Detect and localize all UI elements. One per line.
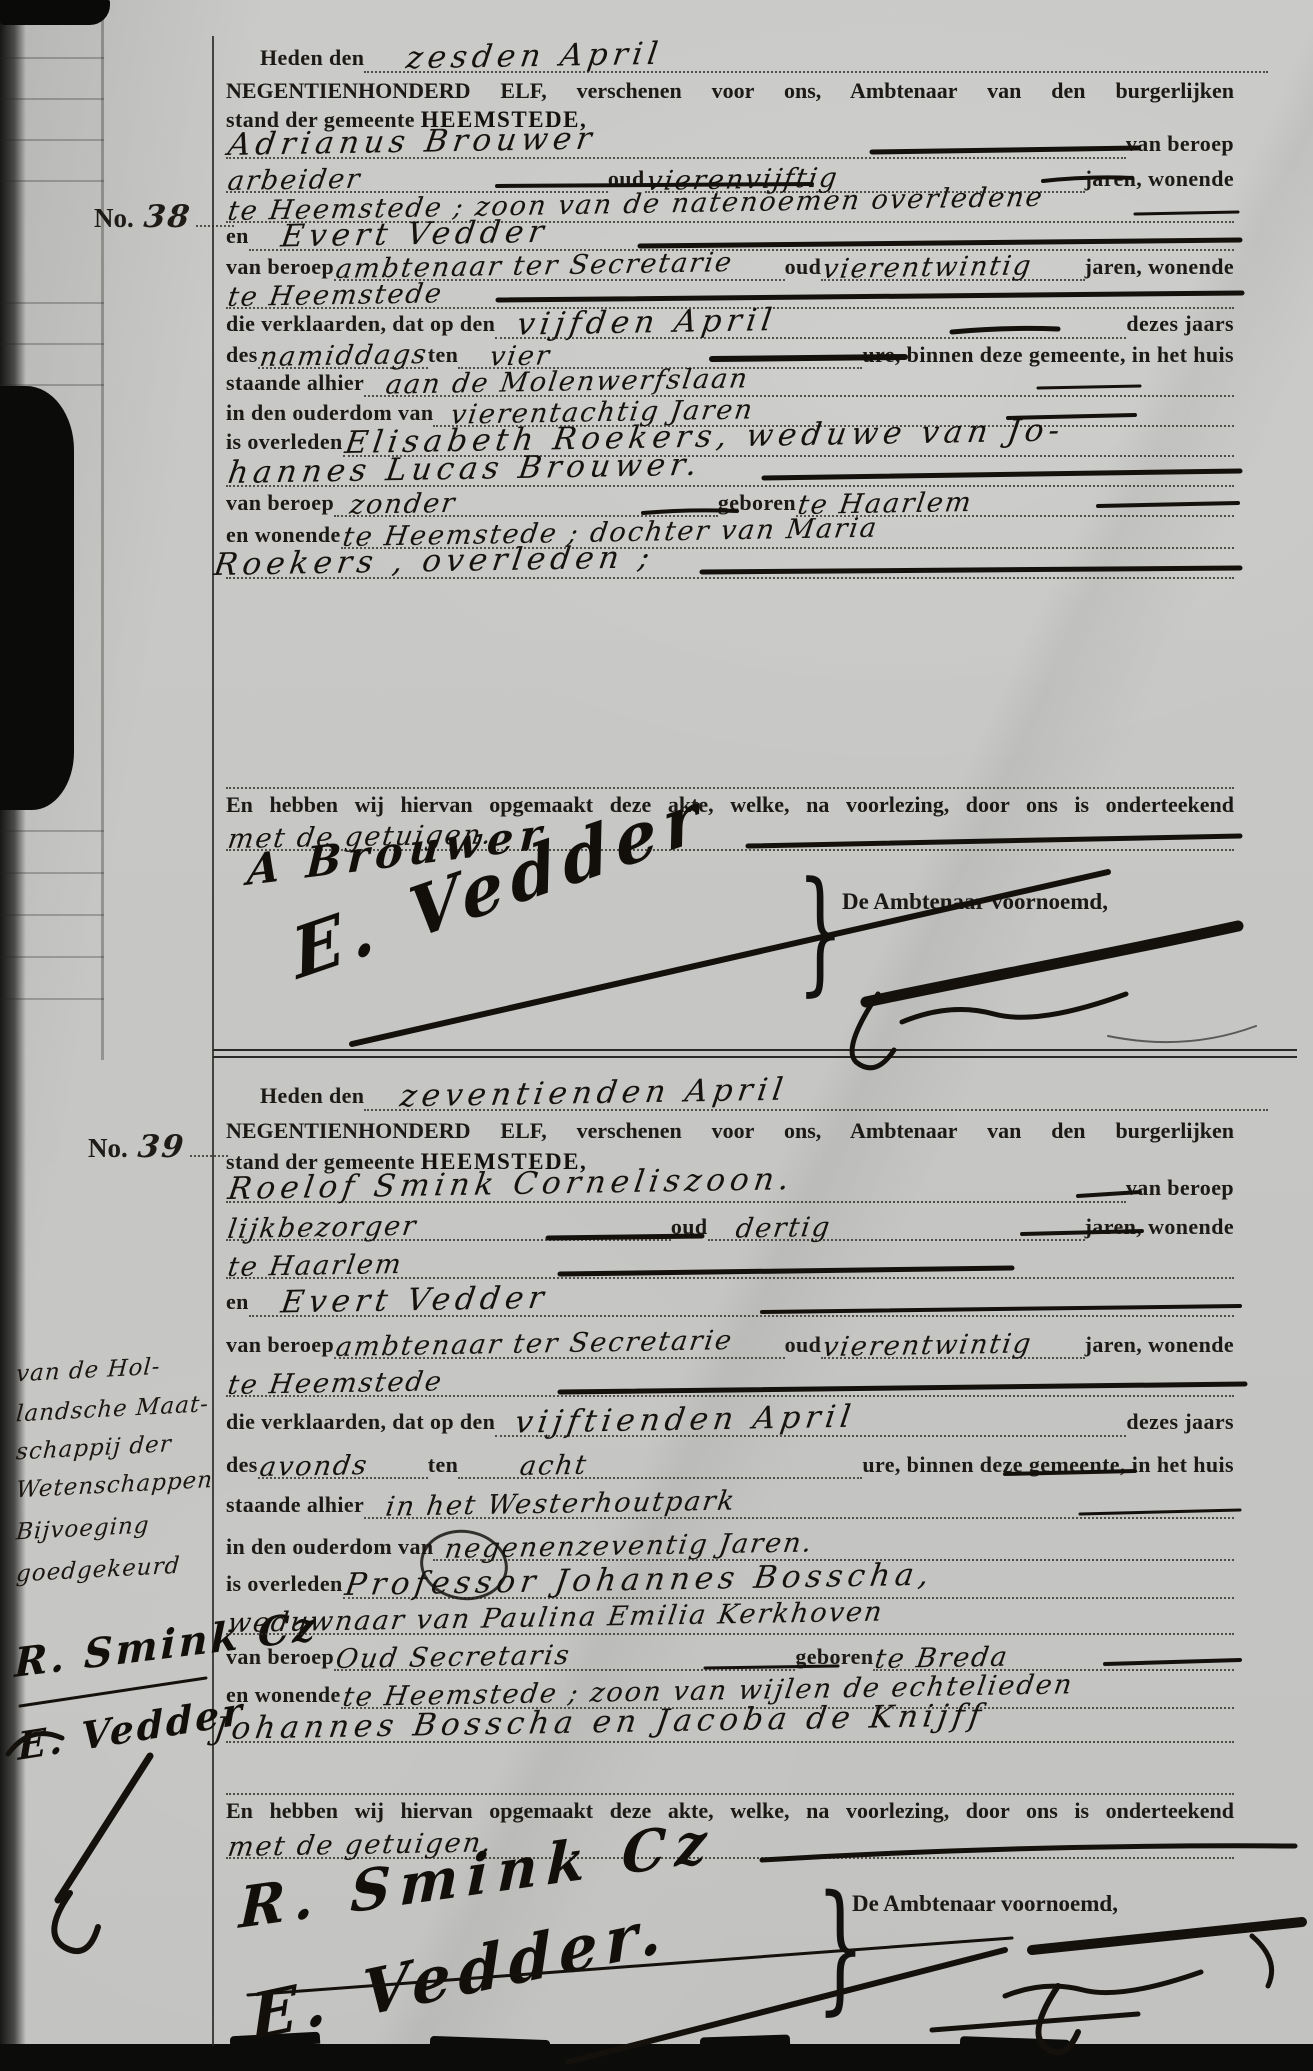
des-label: des: [226, 1452, 258, 1478]
declarant1-row: Roelof Smink Corneliszoon. van beroep: [226, 1174, 1234, 1206]
margin-ruled-line: [0, 57, 104, 59]
dotted-fill-line: [190, 1151, 228, 1157]
death-date-entry: vijftienden April: [495, 1402, 857, 1439]
dotted-fill-line: zesden April: [364, 44, 1268, 73]
intro-line: NEGENTIENHONDERD ELF, verschenen voor on…: [226, 78, 1234, 103]
van-beroep-label: van beroep: [226, 254, 334, 280]
margin-note-line: schappij der: [15, 1431, 221, 1465]
declarant1-name-entry: Roelof Smink Corneliszoon.: [226, 1164, 796, 1205]
van-beroep-label: van beroep: [226, 1644, 334, 1670]
death-date-entry: vijfden April: [495, 305, 779, 341]
deceased-name-entry2: hannes Lucas Brouwer.: [226, 450, 704, 489]
is-overleden-label: is overleden: [226, 429, 343, 455]
des-label: des: [226, 342, 258, 368]
staande-label: staande alhier: [226, 1492, 364, 1518]
ure-label: ure, binnen deze gemeente, in het huis: [862, 1452, 1234, 1478]
margin-ruled-line: [0, 343, 104, 345]
geboren-label: geboren: [795, 1644, 873, 1670]
ten-label: ten: [428, 342, 459, 368]
act39-number: No.39: [88, 1132, 228, 1163]
margin-signature-vedder: E. Vedder: [17, 1688, 245, 1769]
dotted-fill-line: avonds: [258, 1450, 428, 1479]
margin-note-line: Wetenschappen: [15, 1469, 221, 1503]
closing-row: En hebben wij hiervan opgemaakt deze akt…: [226, 792, 1234, 824]
act38-number-value: 38: [132, 202, 192, 233]
dotted-fill-line: vierentwintig: [821, 1330, 1084, 1359]
act-date-entry: zeventienden April: [364, 1075, 790, 1113]
ure-label: ure, binnen deze gemeente, in het huis: [862, 342, 1234, 368]
act-date-entry: zesden April: [364, 39, 665, 75]
dotted-fill-line: negenenzeventig Jaren.: [433, 1532, 1234, 1561]
ambtenaar-label: De Ambtenaar voornoemd,: [852, 1890, 1118, 1918]
age-at-death-row: in den ouderdom van negenenzeventig Jare…: [226, 1532, 1234, 1564]
daypart-entry: namiddags: [258, 341, 430, 371]
heden-label: Heden den: [260, 1083, 364, 1109]
dotted-fill-line: hannes Lucas Brouwer.: [226, 458, 1234, 487]
scan-corner-mark: [0, 0, 110, 25]
dotted-fill-line: [226, 760, 1234, 789]
dotted-fill-line: [226, 1766, 1234, 1795]
house-row: staande alhier in het Westerhoutpark: [226, 1490, 1234, 1522]
declarant1-wonende-entry: te Haarlem: [226, 1251, 405, 1281]
deceased-beroep-entry: zonder: [334, 490, 458, 519]
dotted-fill-line: vijftienden April: [495, 1408, 1126, 1437]
declarant2-age-entry: vierentwintig: [821, 252, 1034, 283]
blank-row: [226, 1766, 1234, 1798]
margin-ruled-line: [0, 914, 104, 916]
hour-entry: acht: [458, 1452, 590, 1481]
ambtenaar-label: De Ambtenaar voornoemd,: [842, 888, 1108, 916]
dezes-jaars-label: dezes jaars: [1126, 1409, 1234, 1435]
heden-row: Heden den zeventienden April: [226, 1082, 1268, 1114]
declarant1-wonende-row: te Haarlem: [226, 1250, 1234, 1282]
verklaarden-label: die verklaarden, dat op den: [226, 1409, 495, 1435]
heden-label: Heden den: [260, 45, 364, 71]
margin-ruled-line: [0, 384, 104, 386]
dotted-fill-line: ambtenaar ter Secretarie: [334, 252, 785, 281]
deceased-parents-row: Roekers , overleden ;: [226, 550, 1234, 582]
death-register-scan-page: No.38 No.39 van de Hol- landsche Maat- s…: [0, 0, 1313, 2071]
declarant2-beroep-entry: ambtenaar ter Secretarie: [334, 249, 735, 283]
margin-ruled-line: [0, 998, 104, 1000]
margin-ruled-line: [0, 872, 104, 874]
declarant1-beroep-entry: lijkbezorger: [226, 1213, 419, 1243]
margin-note-line: Bijvoeging: [15, 1511, 221, 1545]
heden-row: Heden den zesden April: [226, 44, 1268, 76]
dezes-jaars-label: dezes jaars: [1126, 311, 1234, 337]
declarant2-beroep-entry: ambtenaar ter Secretarie: [334, 1327, 735, 1361]
deceased-row2: hannes Lucas Brouwer.: [226, 458, 1234, 490]
dotted-fill-line: zeventienden April: [364, 1082, 1268, 1111]
margin-note-line: van de Hol-: [15, 1353, 221, 1387]
house-entry: aan de Molenwerfslaan: [364, 365, 751, 399]
dotted-fill-line: Roelof Smink Corneliszoon.: [226, 1174, 1126, 1203]
declarant2-row: en Evert Vedder: [226, 1288, 1234, 1320]
deceased-parents-row: Johannes Bosscha en Jacoba de Knijff: [226, 1714, 1234, 1746]
deceased-parents-entry: Roekers , overleden ;: [212, 542, 656, 581]
intro-line: NEGENTIENHONDERD ELF, verschenen voor on…: [226, 1118, 1234, 1143]
margin-ruled-line: [0, 830, 104, 832]
en-label: en: [226, 1289, 249, 1315]
deceased-row2: weduwnaar van Paulina Emilia Kerkhoven: [226, 1606, 1234, 1638]
margin-ruled-line: [0, 302, 104, 304]
margin-note-line: landsche Maat-: [15, 1393, 221, 1427]
act-divider-line: [213, 1049, 1297, 1058]
declarant2-name-entry: Evert Vedder: [249, 1283, 551, 1319]
jaren-wonende-label: jaren, wonende: [1085, 254, 1234, 280]
daypart-entry: avonds: [258, 1452, 370, 1481]
jaren-wonende-label: jaren, wonende: [1085, 1332, 1234, 1358]
dotted-fill-line: namiddags: [258, 340, 428, 369]
declarant2-wonende-entry: te Heemstede: [226, 280, 445, 311]
declarant2-age-entry: vierentwintig: [821, 1330, 1034, 1361]
dotted-fill-line: te Breda: [873, 1642, 1234, 1671]
blank-row: [226, 760, 1234, 792]
oud-label: oud: [785, 1332, 822, 1358]
ten-label: ten: [428, 1452, 459, 1478]
scan-fold-line: [101, 0, 104, 1060]
ouderdom-label: in den ouderdom van: [226, 1534, 433, 1560]
deceased-row: is overleden Professor Johannes Bosscha,: [226, 1570, 1234, 1602]
dotted-fill-line: met de getuigen.: [226, 1830, 1234, 1859]
margin-ruled-line: [0, 956, 104, 958]
scan-ink-blob: [0, 386, 74, 810]
declarant2-beroep-row: van beroep ambtenaar ter Secretarie oud …: [226, 1330, 1234, 1362]
geboren-label: geboren: [718, 490, 796, 516]
dotted-fill-line: te Haarlem: [226, 1250, 1234, 1279]
dotted-fill-line: ambtenaar ter Secretarie: [334, 1330, 785, 1359]
deceased-beroep-entry: Oud Secretaris: [334, 1642, 573, 1673]
declarant1-row: Adrianus Brouwer van beroep: [226, 130, 1234, 162]
intro-row: NEGENTIENHONDERD ELF, verschenen voor on…: [226, 1118, 1234, 1150]
margin-note-line: goedgekeurd: [15, 1553, 221, 1587]
dotted-fill-line: Johannes Bosscha en Jacoba de Knijff: [226, 1714, 1234, 1743]
dotted-fill-line: acht: [458, 1450, 862, 1479]
dotted-fill-line: weduwnaar van Paulina Emilia Kerkhoven: [226, 1606, 1234, 1635]
act38-number: No.38: [94, 202, 234, 233]
closing-line: En hebben wij hiervan opgemaakt deze akt…: [226, 792, 1234, 817]
oud-label: oud: [671, 1214, 708, 1240]
van-beroep-label: van beroep: [1126, 131, 1234, 157]
deceased-beroep-row: van beroep Oud Secretaris geboren te Bre…: [226, 1642, 1234, 1674]
margin-ruled-line: [0, 98, 104, 100]
dotted-fill-line: lijkbezorger: [226, 1212, 671, 1241]
dotted-fill-line: Adrianus Brouwer: [226, 130, 1126, 159]
dotted-fill-line: zonder: [334, 488, 718, 517]
dotted-fill-line: Evert Vedder: [249, 1288, 1234, 1317]
deceased-geboren-entry: te Breda: [873, 1644, 1011, 1673]
act39-number-value: 39: [126, 1132, 186, 1163]
ouderdom-label: in den ouderdom van: [226, 400, 433, 426]
no-label: No.: [94, 205, 134, 232]
van-beroep-label: van beroep: [1126, 1175, 1234, 1201]
jaren-wonende-label: jaren, wonende: [1085, 166, 1234, 192]
brace-mark: }: [797, 864, 844, 998]
declarant1-beroep-entry: arbeider: [226, 166, 363, 195]
jaren-wonende-label: jaren, wonende: [1085, 1214, 1234, 1240]
deceased-name-entry2: weduwnaar van Paulina Emilia Kerkhoven: [226, 1599, 885, 1637]
verklaarden-label: die verklaarden, dat op den: [226, 311, 495, 337]
declarant1-beroep-row: lijkbezorger oud dertig jaren, wonende: [226, 1212, 1234, 1244]
closing-row: En hebben wij hiervan opgemaakt deze akt…: [226, 1798, 1234, 1830]
dotted-fill-line: Evert Vedder: [249, 222, 1234, 251]
oud-label: oud: [785, 254, 822, 280]
en-wonende-label: en wonende: [226, 1682, 341, 1708]
closing-line: En hebben wij hiervan opgemaakt deze akt…: [226, 1798, 1234, 1823]
dotted-fill-line: aan de Molenwerfslaan: [364, 368, 1234, 397]
death-hour-row: des avonds ten acht ure, binnen deze gem…: [226, 1450, 1234, 1482]
dotted-fill-line: Roekers , overleden ;: [226, 550, 1234, 579]
scan-bottom-edge: [0, 2044, 1313, 2071]
dotted-fill-line: in het Westerhoutpark: [364, 1490, 1234, 1519]
dotted-fill-line: arbeider: [226, 164, 608, 193]
dotted-fill-line: Oud Secretaris: [334, 1642, 795, 1671]
house-entry: in het Westerhoutpark: [364, 1488, 738, 1521]
declarant1-name-entry: Adrianus Brouwer: [226, 124, 598, 161]
dotted-fill-line: dertig: [708, 1212, 1085, 1241]
margin-ruled-line: [0, 139, 104, 141]
en-label: en: [226, 223, 249, 249]
dotted-fill-line: vijfden April: [495, 310, 1126, 339]
declarant2-name-entry: Evert Vedder: [249, 217, 551, 253]
declarant1-age-entry: dertig: [708, 1214, 833, 1243]
van-beroep-label: van beroep: [226, 1332, 334, 1358]
is-overleden-label: is overleden: [226, 1571, 343, 1597]
declarant2-wonende-row: te Heemstede: [226, 1368, 1234, 1400]
declarant2-wonende-entry: te Heemstede: [226, 1368, 445, 1399]
dotted-fill-line: vierentwintig: [821, 252, 1084, 281]
van-beroep-label: van beroep: [226, 490, 334, 516]
staande-label: staande alhier: [226, 370, 364, 396]
death-date-row: die verklaarden, dat op den vijftienden …: [226, 1408, 1234, 1440]
death-date-row: die verklaarden, dat op den vijfden Apri…: [226, 310, 1234, 342]
margin-ruled-line: [0, 180, 104, 182]
no-label: No.: [88, 1135, 128, 1162]
dotted-fill-line: te Heemstede: [226, 1368, 1234, 1397]
